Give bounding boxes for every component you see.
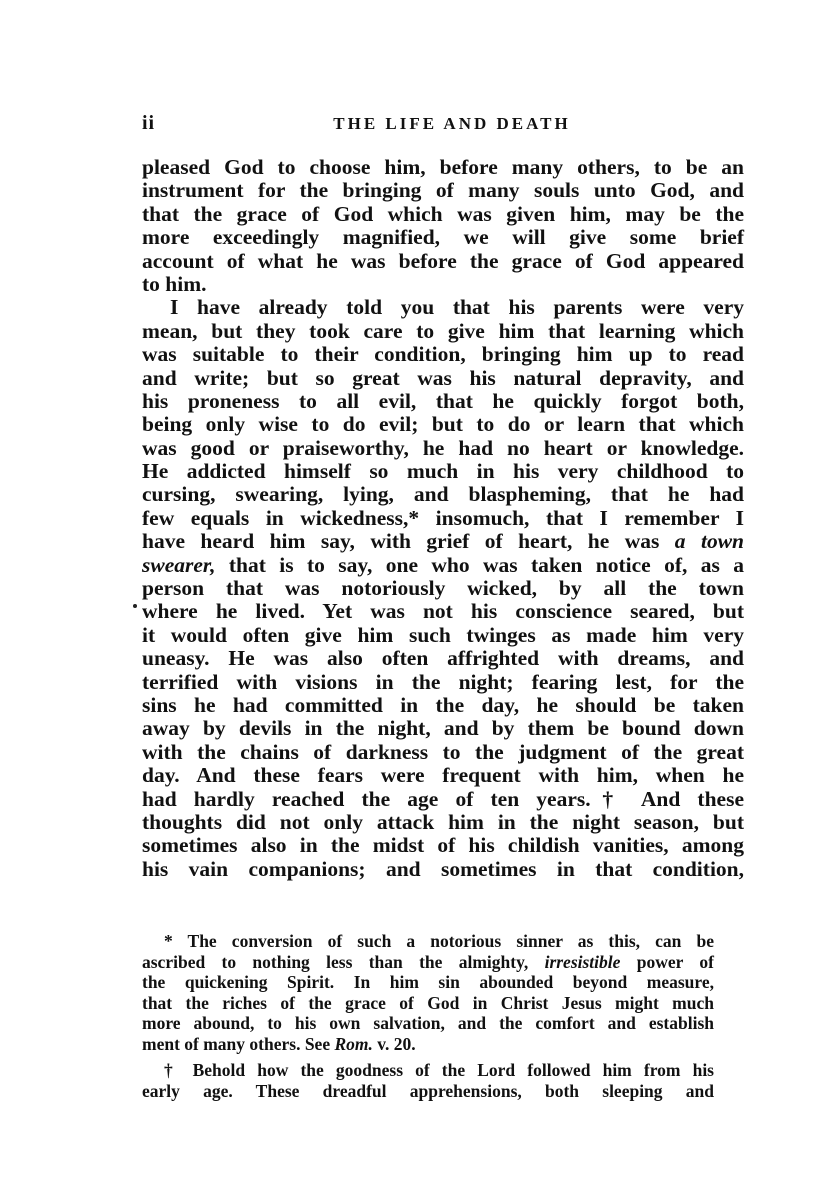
text-segment: ascribed to nothing less than the almigh… <box>142 952 545 972</box>
text-line: person that was notoriously wicked, by a… <box>142 577 744 600</box>
text-line: account of what he was before the grace … <box>142 250 744 273</box>
text-segment: v. 20. <box>373 1034 416 1054</box>
footnote-line: the quickening Spirit. In him sin abound… <box>142 972 714 993</box>
text-line: with the chains of darkness to the judgm… <box>142 741 744 764</box>
text-line: being only wise to do evil; but to do or… <box>142 413 744 436</box>
text-line: it would often give him such twinges as … <box>142 624 744 647</box>
italic-phrase: irresistible <box>545 952 621 972</box>
footnote-line: ment of many others. See Rom. v. 20. <box>142 1034 714 1055</box>
page-header: ii THE LIFE AND DEATH <box>142 112 742 142</box>
text-line: his proneness to all evil, that he quick… <box>142 390 744 413</box>
text-segment: power of <box>620 952 714 972</box>
text-line: pleased God to choose him, before many o… <box>142 156 744 179</box>
text-line: had hardly reached the age of ten years.… <box>142 788 744 811</box>
text-line: and write; but so great was his natural … <box>142 367 744 390</box>
text-line: more exceedingly magnified, we will give… <box>142 226 744 249</box>
footnote-line: * The conversion of such a notorious sin… <box>142 931 714 952</box>
footnote-line: † Behold how the goodness of the Lord fo… <box>142 1060 714 1081</box>
text-line: He addicted himself so much in his very … <box>142 460 744 483</box>
footnote-dagger: † Behold how the goodness of the Lord fo… <box>142 1060 714 1101</box>
text-segment: have heard him say, with grief of heart,… <box>142 529 675 553</box>
text-line: that the grace of God which was given hi… <box>142 203 744 226</box>
footnote-line: early age. These dreadful apprehensions,… <box>142 1081 714 1102</box>
text-line: to him. <box>142 273 744 296</box>
text-line: instrument for the bringing of many soul… <box>142 179 744 202</box>
footnotes: * The conversion of such a notorious sin… <box>142 931 714 1101</box>
text-segment: ment of many others. See <box>142 1034 334 1054</box>
book-page: ii THE LIFE AND DEATH pleased God to cho… <box>0 0 840 1191</box>
margin-mark <box>133 604 137 608</box>
text-line: day. And these fears were frequent with … <box>142 764 744 787</box>
text-line: sometimes also in the midst of his child… <box>142 834 744 857</box>
text-line: sins he had committed in the day, he sho… <box>142 694 744 717</box>
running-head: THE LIFE AND DEATH <box>142 114 742 134</box>
text-line: swearer, that is to say, one who was tak… <box>142 554 744 577</box>
footnote-line: ascribed to nothing less than the almigh… <box>142 952 714 973</box>
footnote-line: that the riches of the grace of God in C… <box>142 993 714 1014</box>
body-text: pleased God to choose him, before many o… <box>142 156 744 881</box>
text-line: have heard him say, with grief of heart,… <box>142 530 744 553</box>
text-line: away by devils in the night, and by them… <box>142 717 744 740</box>
footnote-star: * The conversion of such a notorious sin… <box>142 931 714 1054</box>
text-line: terrified with visions in the night; fea… <box>142 671 744 694</box>
text-line: his vain companions; and sometimes in th… <box>142 858 744 881</box>
text-segment: that is to say, one who was taken notice… <box>229 553 744 577</box>
text-line: mean, but they took care to give him tha… <box>142 320 744 343</box>
text-line: cursing, swearing, lying, and blasphemin… <box>142 483 744 506</box>
text-line: uneasy. He was also often affrighted wit… <box>142 647 744 670</box>
italic-phrase: Rom. <box>334 1034 372 1054</box>
text-line: thoughts did not only attack him in the … <box>142 811 744 834</box>
text-line: where he lived. Yet was not his conscien… <box>142 600 744 623</box>
footnote-line: more abound, to his own salvation, and t… <box>142 1013 714 1034</box>
text-line: was suitable to their condition, bringin… <box>142 343 744 366</box>
text-line: I have already told you that his parents… <box>142 296 744 319</box>
text-line: was good or praiseworthy, he had no hear… <box>142 437 744 460</box>
italic-phrase: a town <box>675 529 744 553</box>
italic-phrase: swearer, <box>142 553 215 577</box>
text-line: few equals in wickedness,* insomuch, tha… <box>142 507 744 530</box>
